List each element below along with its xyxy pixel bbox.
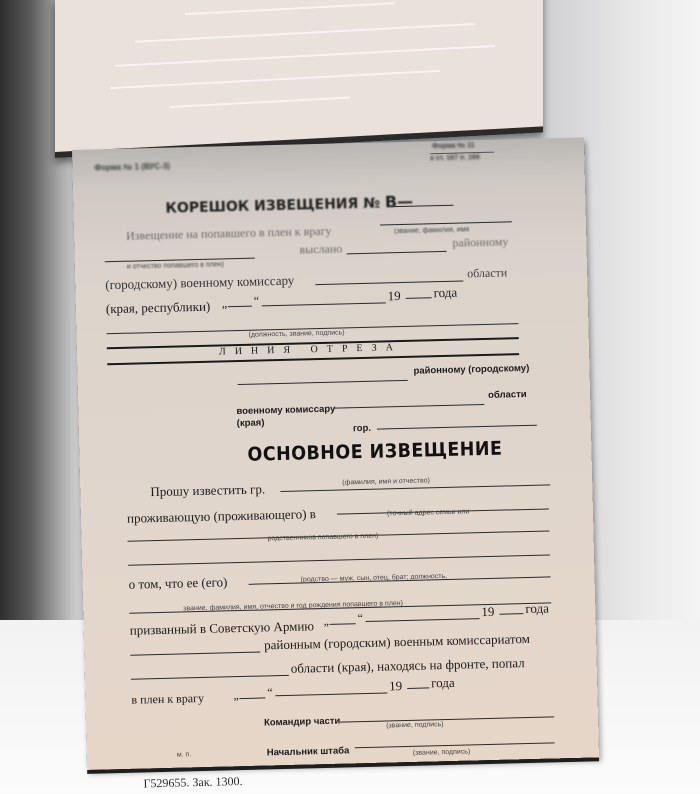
main-line1-text: Прошу известить гр.: [150, 481, 265, 500]
main-name-field[interactable]: [280, 484, 550, 492]
stub-year-field[interactable]: [406, 297, 432, 299]
commander-hint: (звание, подпись): [386, 721, 444, 729]
main-line6-end: года: [525, 600, 549, 617]
quote-open: „: [233, 688, 239, 703]
address-city-label: гор.: [353, 423, 371, 434]
main-address-field-cont2[interactable]: [128, 554, 550, 565]
stub-line2-text: выслано: [299, 241, 342, 257]
main-line3-hint: родственников попавшего в плен): [267, 533, 378, 543]
quote-close: “: [357, 611, 363, 626]
main-draft-year-prefix: 19: [481, 604, 494, 620]
main-draft-day-field[interactable]: [330, 623, 356, 625]
main-line8-text: области (края), находясь на фронте, попа…: [291, 655, 525, 677]
commander-label: Командир части: [264, 716, 341, 729]
main-draft-year-field[interactable]: [499, 613, 523, 615]
chief-hint: (звание, подпись): [413, 748, 471, 756]
quote-close: “: [254, 293, 260, 308]
form-code-right-line2: к ст. 167 п. 166: [430, 154, 480, 162]
main-line6-text: призванный в Советскую Армию: [130, 618, 315, 638]
main-region-field[interactable]: [131, 675, 289, 680]
stub-title: КОРЕШОК ИЗВЕЩЕНИЯ № В—: [165, 192, 413, 217]
main-draft-month-field[interactable]: [366, 618, 480, 622]
stub-line4-text: (края, республики): [106, 299, 211, 318]
notification-form-sheet: Форма № 1 (ВУС-3) Форма № 11 к ст. 167 п…: [72, 137, 599, 769]
main-line9-text: в плен к врагу: [131, 691, 204, 708]
chief-of-staff-label: Начальник штаба: [267, 745, 350, 758]
form-code-left: Форма № 1 (ВУС-3): [94, 162, 170, 173]
stub-title-text: КОРЕШОК ИЗВЕЩЕНИЯ №: [165, 195, 380, 216]
stub-line3-text: (городскому) военному комиссару: [105, 273, 294, 294]
main-line2-text: проживающую (проживающего) в: [127, 506, 316, 527]
stub-month-field[interactable]: [262, 302, 386, 306]
stub-year-prefix: 19: [387, 288, 400, 304]
scanned-form-scene: Форма № 1 (ВУС-3) Форма № 11 к ст. 167 п…: [0, 0, 700, 794]
main-capture-year-field[interactable]: [407, 687, 429, 689]
folded-previous-page: [55, 0, 543, 158]
chief-signature-field[interactable]: [355, 742, 555, 748]
main-line4-text: о том, что ее (его): [128, 574, 227, 592]
main-capture-year-prefix: 19: [389, 678, 402, 694]
main-line9-end: года: [431, 675, 455, 692]
stub-line2-hint: и отчество попавшего в плен): [127, 261, 224, 270]
stub-line1-hint: (звание, фамилия, имя: [394, 226, 469, 235]
main-line1-hint: (фамилия, имя и отчество): [342, 477, 430, 486]
stub-number-prefix: В—: [385, 192, 414, 212]
address-line1-end: районному (городскому): [413, 363, 529, 377]
address-region-field[interactable]: [334, 404, 484, 409]
main-capture-month-field[interactable]: [275, 692, 387, 696]
quote-open: „: [222, 296, 228, 311]
commander-signature-field[interactable]: [340, 716, 554, 722]
print-info: Г529655. Зак. 1300.: [143, 774, 242, 791]
main-title: ОСНОВНОЕ ИЗВЕЩЕНИЕ: [247, 438, 502, 466]
stub-line4-end: года: [433, 285, 457, 302]
quote-close: “: [267, 685, 273, 700]
stub-signature-hint: (должность, звание, подпись): [248, 329, 344, 338]
address-line3-text: (края): [237, 417, 265, 429]
stub-number-field[interactable]: [393, 205, 453, 207]
main-capture-day-field[interactable]: [239, 697, 265, 699]
stub-name-field[interactable]: [380, 221, 512, 225]
stub-sent-field[interactable]: [347, 251, 447, 254]
main-line4-hint: (родство — муж, сын, отец, брат; должнос…: [300, 573, 447, 584]
address-city-field[interactable]: [377, 425, 537, 430]
stub-line1-text: Извещение на попавшего в плен к врагу: [126, 224, 332, 244]
main-line5-hint: звание, фамилия, имя, отчество и год рож…: [183, 600, 403, 612]
stub-day-field[interactable]: [228, 306, 252, 308]
address-line2-end: области: [488, 389, 527, 401]
stub-line3-end: области: [467, 265, 507, 281]
address-line2-text: военному комиссару: [236, 404, 335, 417]
form-code-right-line1: Форма № 11: [432, 142, 475, 150]
address-district-field[interactable]: [238, 380, 408, 385]
quote-open: „: [323, 614, 329, 629]
main-line2-hint: (точный адрес семьи или: [387, 508, 470, 517]
stub-line2-end: районному: [452, 234, 508, 250]
main-district-field[interactable]: [130, 652, 260, 656]
stamp-place-label: м. п.: [177, 751, 192, 758]
